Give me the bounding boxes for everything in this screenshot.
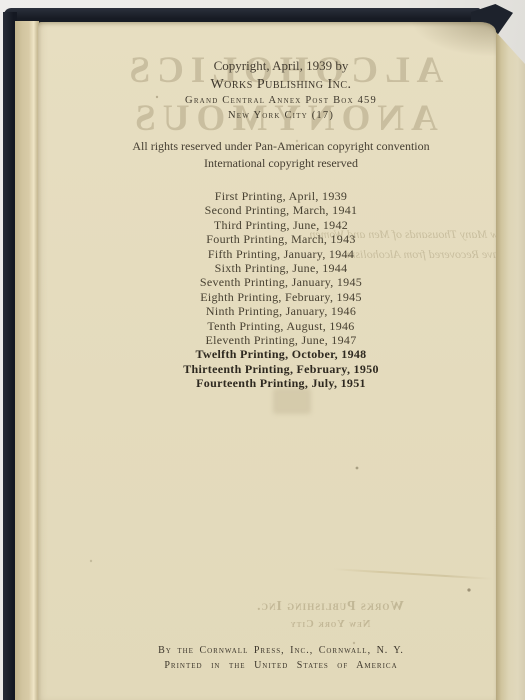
copyright-block: Copyright, April, 1939 by Works Publishi… — [52, 55, 496, 123]
printing-line: Fourteenth Printing, July, 1951 — [52, 376, 496, 390]
rights-block: All rights reserved under Pan-American c… — [52, 138, 496, 171]
printing-line: Thirteenth Printing, February, 1950 — [52, 362, 496, 376]
paper-crease — [333, 568, 493, 580]
printing-line: Third Printing, June, 1942 — [52, 218, 496, 232]
publisher-name: Works Publishing Inc. — [52, 76, 496, 93]
publisher-city: New York City (17) — [52, 108, 496, 123]
printer-line1: By the Cornwall Press, Inc., Cornwall, N… — [52, 643, 496, 658]
printing-line: Eighth Printing, February, 1945 — [52, 290, 496, 304]
page-edge-stack — [15, 21, 39, 700]
fore-edge-pages — [496, 26, 525, 700]
rights-line1: All rights reserved under Pan-American c… — [52, 138, 496, 155]
copyright-line: Copyright, April, 1939 by — [52, 55, 496, 76]
rights-line2: International copyright reserved — [52, 155, 496, 172]
copyright-page: ALCOHOLICS ANONYMOUS How Many Thousands … — [38, 22, 496, 700]
showthrough-publisher-line2: New York City — [101, 619, 496, 630]
printing-line: Sixth Printing, June, 1944 — [52, 261, 496, 275]
printing-line: Tenth Printing, August, 1946 — [52, 319, 496, 333]
publisher-address: Grand Central Annex Post Box 459 — [52, 93, 496, 108]
printing-line: Second Printing, March, 1941 — [52, 203, 496, 217]
printing-line: Twelfth Printing, October, 1948 — [52, 347, 496, 361]
printing-line: Seventh Printing, January, 1945 — [52, 275, 496, 289]
showthrough-publisher-line1: Works Publishing Inc. — [101, 598, 496, 614]
showthrough-blob — [273, 388, 311, 414]
book-photo: ALCOHOLICS ANONYMOUS How Many Thousands … — [0, 0, 525, 700]
printing-line: Eleventh Printing, June, 1947 — [52, 333, 496, 347]
book-cover-top-edge — [3, 8, 480, 23]
paper-specks — [38, 22, 40, 24]
printing-line: Fourth Printing, March, 1943 — [52, 232, 496, 246]
printings-list: First Printing, April, 1939Second Printi… — [52, 189, 496, 391]
printing-line: First Printing, April, 1939 — [52, 189, 496, 203]
printer-block: By the Cornwall Press, Inc., Cornwall, N… — [52, 643, 496, 673]
printing-line: Fifth Printing, January, 1944 — [52, 247, 496, 261]
printer-line2: Printed in the United States of America — [52, 658, 496, 673]
page-corner-shadow — [412, 22, 496, 56]
printing-line: Ninth Printing, January, 1946 — [52, 304, 496, 318]
